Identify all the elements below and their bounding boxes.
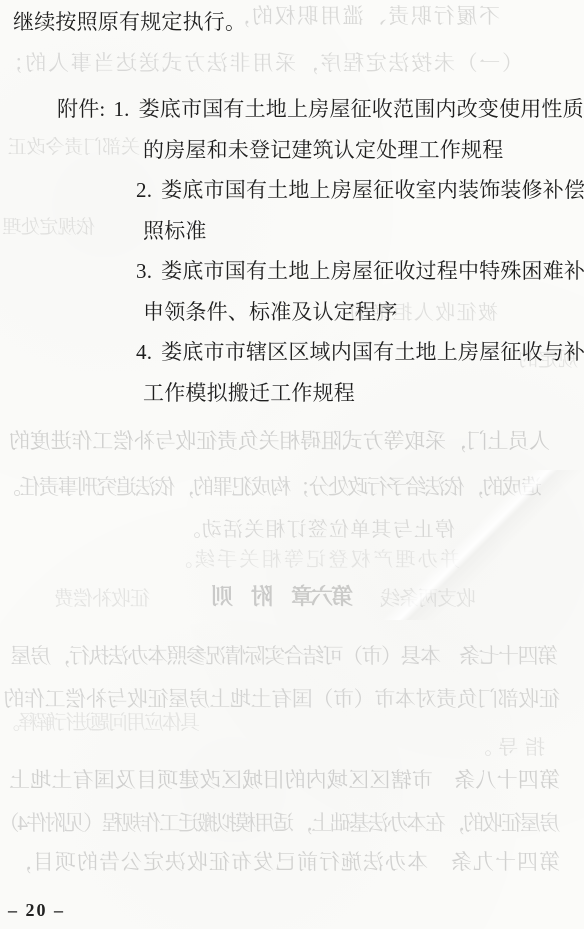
attachment-item-2: 2.娄底市国有土地上房屋征收室内装饰装修补偿参 xyxy=(57,170,583,211)
attachments-list: 附件:1.娄底市国有土地上房屋征收范围内改变使用性质的房屋和未登记建筑认定处理工… xyxy=(57,89,583,413)
attachment-text: 照标准 xyxy=(143,219,207,243)
attachment-number: 3. xyxy=(136,259,152,283)
attachment-item-3: 3.娄底市国有土地上房屋征收过程中特殊困难补助 xyxy=(57,251,583,292)
attachment-text: 娄底市国有土地上房屋征收室内装饰装修补偿参 xyxy=(161,178,584,202)
attachment-item-continuation: 照标准 xyxy=(57,211,583,252)
attachment-item-continuation: 工作模拟搬迁工作规程 xyxy=(57,373,583,414)
attachment-item-continuation: 申领条件、标准及认定程序 xyxy=(57,292,583,333)
attachment-item-continuation: 的房屋和未登记建筑认定处理工作规程 xyxy=(57,130,583,171)
attachment-text: 的房屋和未登记建筑认定处理工作规程 xyxy=(143,138,503,162)
scanned-document-page: 不履行职责、滥用职权的，（一）未按法定程序，采用非法方式送达当事人的；关部门责令… xyxy=(0,0,584,929)
body-paragraph: 继续按照原有规定执行。 xyxy=(13,6,246,36)
attachment-number: 4. xyxy=(136,340,152,364)
attachment-text: 工作模拟搬迁工作规程 xyxy=(143,381,355,405)
attachment-text: 娄底市市辖区区域内国有土地上房屋征收与补偿 xyxy=(161,340,584,364)
attachment-item-1: 附件:1.娄底市国有土地上房屋征收范围内改变使用性质 xyxy=(57,89,583,130)
attachment-text: 娄底市国有土地上房屋征收过程中特殊困难补助 xyxy=(161,259,584,283)
attachment-item-4: 4.娄底市市辖区区域内国有土地上房屋征收与补偿 xyxy=(57,332,583,373)
attachment-text: 申领条件、标准及认定程序 xyxy=(143,300,397,324)
attachment-number: 1. xyxy=(113,97,129,121)
document-text-layer: 继续按照原有规定执行。 附件:1.娄底市国有土地上房屋征收范围内改变使用性质的房… xyxy=(0,0,584,929)
page-number: – 20 – xyxy=(8,900,65,921)
attachment-text: 娄底市国有土地上房屋征收范围内改变使用性质 xyxy=(139,97,584,121)
attachment-number: 2. xyxy=(136,178,152,202)
attachments-label: 附件: xyxy=(57,97,105,121)
